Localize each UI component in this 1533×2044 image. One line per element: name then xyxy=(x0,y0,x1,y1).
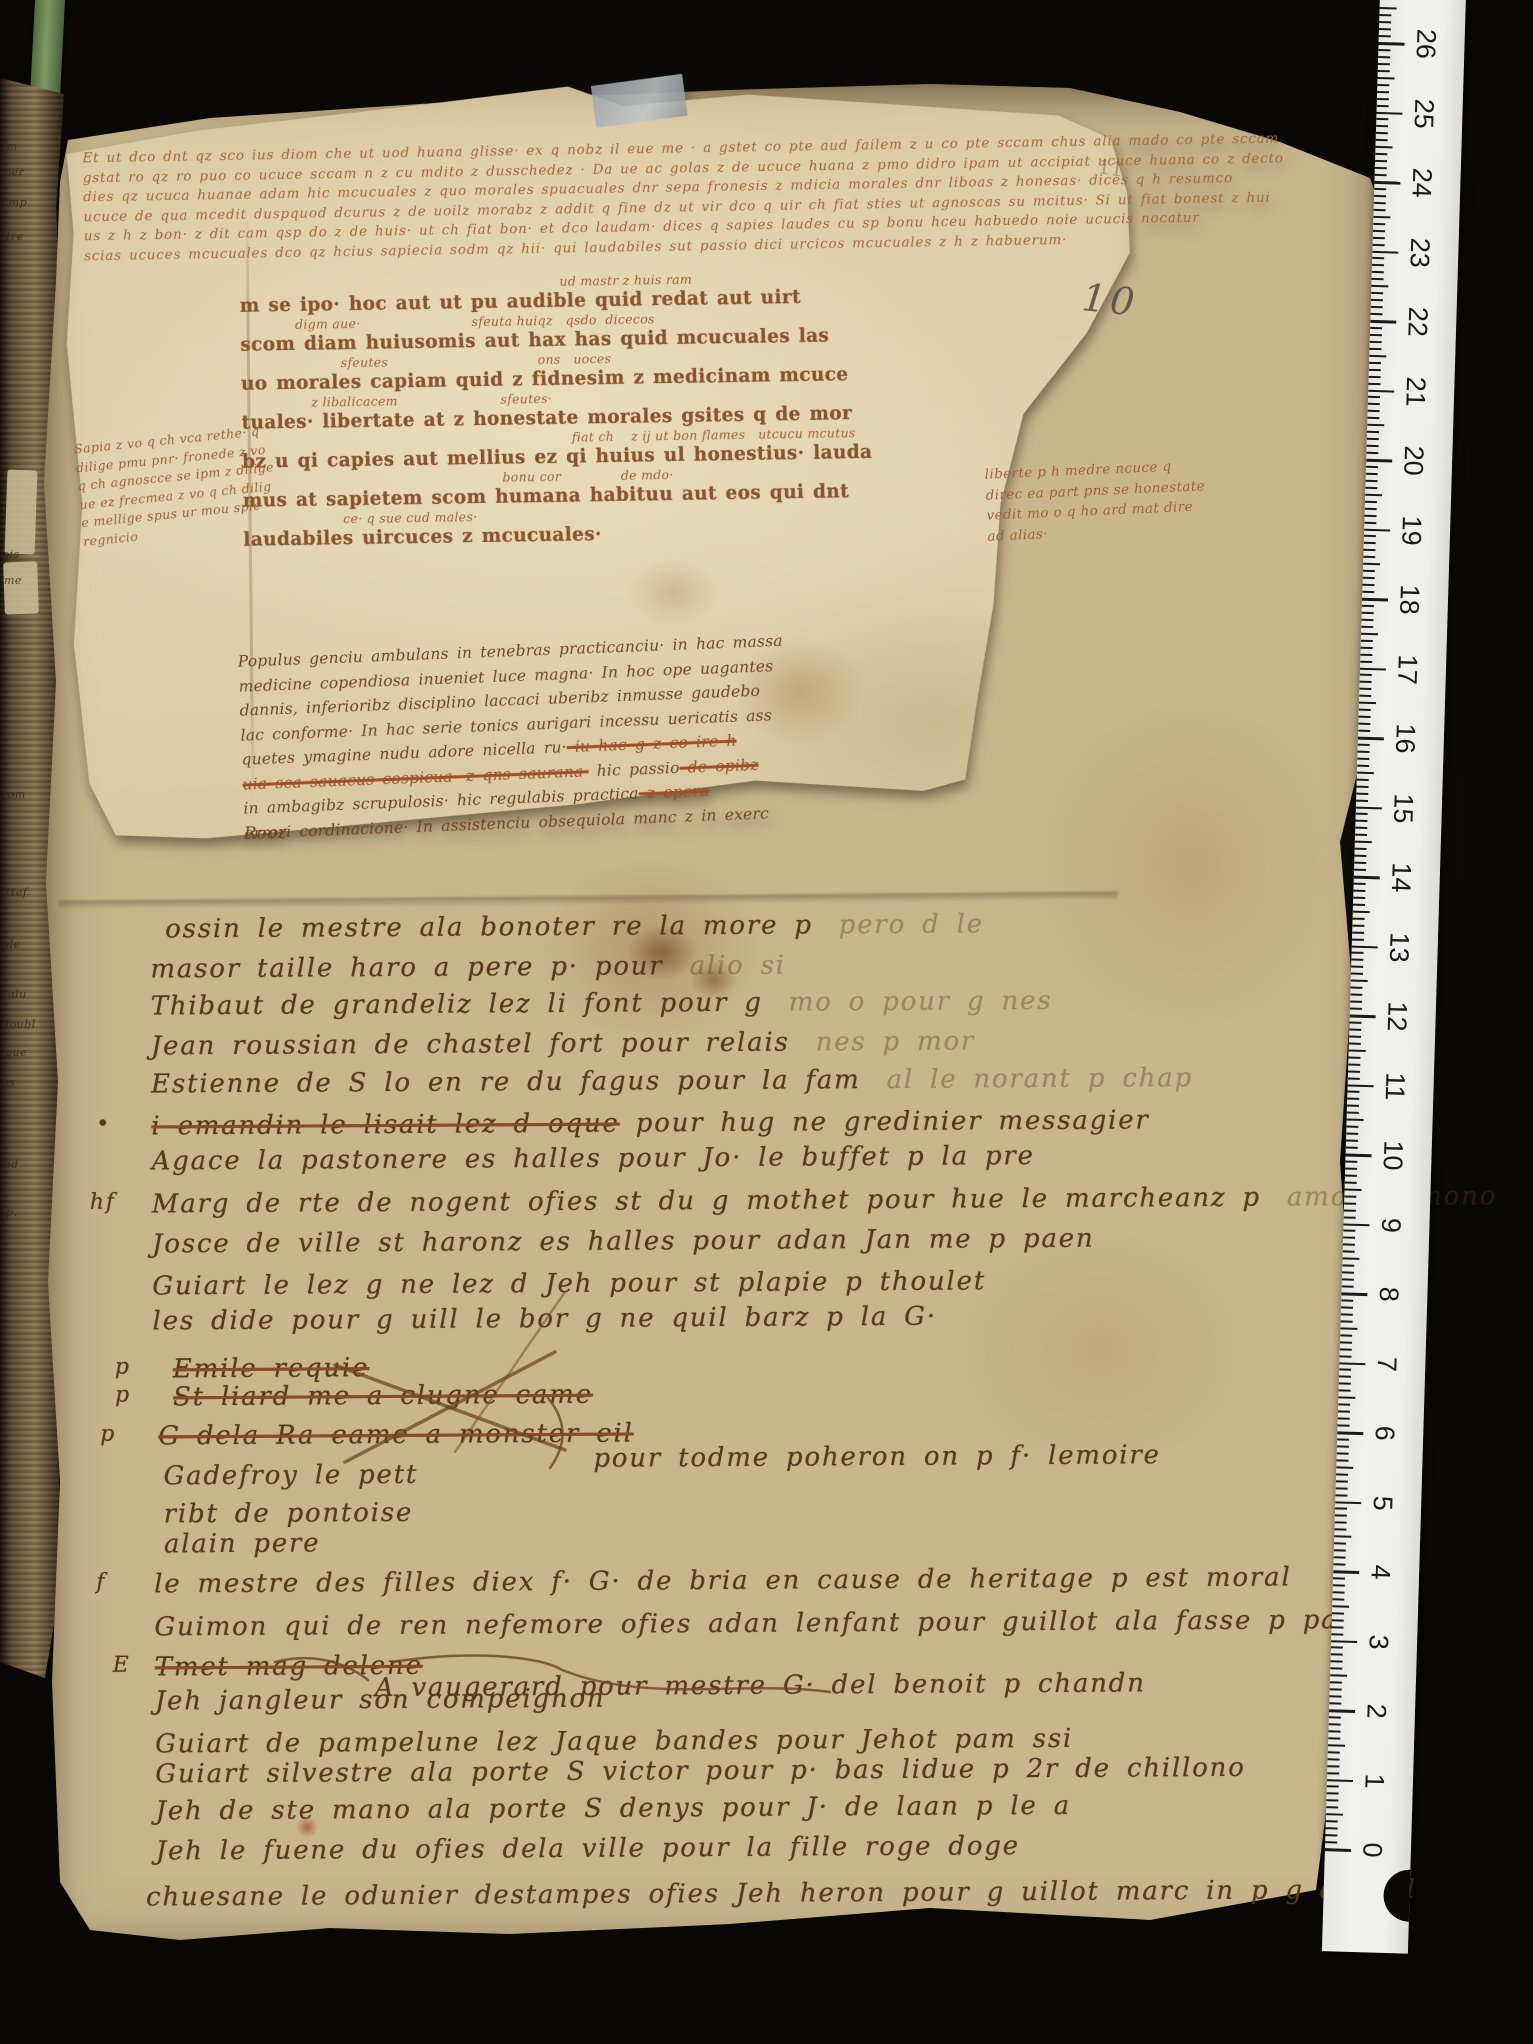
ruler-tick xyxy=(1361,632,1378,635)
ruler-tick xyxy=(1352,931,1364,933)
ruler-tick xyxy=(1340,1341,1352,1343)
ruler-tick xyxy=(1377,84,1389,86)
ruler-tick xyxy=(1332,1605,1349,1608)
ruler-tick xyxy=(1343,1251,1355,1253)
entry-line: hfMarg de rte de nogent ofies st du g mo… xyxy=(152,1181,1497,1219)
ruler-tick xyxy=(1337,1424,1349,1426)
ruler-tick xyxy=(1372,271,1384,273)
ruler-tick xyxy=(1358,723,1370,725)
ruler-number: 26 xyxy=(1410,26,1442,61)
ruler-tick xyxy=(1356,799,1368,801)
ruler-tick xyxy=(1348,1056,1360,1058)
ruler-tick xyxy=(1376,125,1388,127)
ruler-tick xyxy=(1350,987,1362,989)
ruler-number: 15 xyxy=(1387,791,1419,826)
ruler-tick xyxy=(1336,1487,1348,1489)
ruler-tick xyxy=(1330,1674,1347,1677)
ruler-tick xyxy=(1356,806,1382,809)
entry-line: •i emandin le lisait lez d oque pour hug… xyxy=(151,1105,1149,1141)
ruler-tick xyxy=(1356,785,1368,787)
ruler-tick xyxy=(1347,1119,1364,1122)
ruler-tick xyxy=(1341,1292,1367,1295)
ruler-tick xyxy=(1330,1688,1342,1690)
ruler-tick xyxy=(1346,1153,1372,1156)
entry-line: Thibaut de grandeliz lez li font pour gm… xyxy=(151,986,1053,1022)
ruler-number: 14 xyxy=(1385,860,1417,895)
ruler-tick xyxy=(1375,174,1387,176)
ruler-tick xyxy=(1353,896,1365,898)
ruler-tick xyxy=(1371,306,1383,308)
ruler-tick xyxy=(1376,118,1388,120)
margin-mark: hf xyxy=(90,1190,116,1215)
ruler-tick xyxy=(1375,153,1387,155)
entry-line: alain pere xyxy=(164,1528,321,1559)
ruler-tick xyxy=(1360,653,1372,655)
ruler-tick xyxy=(1369,375,1381,377)
ruler-tick xyxy=(1352,938,1364,940)
margin-mark: E xyxy=(113,1653,131,1678)
ruler-tick xyxy=(1336,1466,1353,1469)
ruler-tick xyxy=(1377,104,1389,106)
ruler-tick xyxy=(1366,452,1378,454)
ruler-tick xyxy=(1334,1556,1346,1558)
ruler-tick xyxy=(1357,757,1369,759)
ruler-tick xyxy=(1346,1133,1358,1135)
ruler-tick xyxy=(1360,681,1372,683)
ruler-tick xyxy=(1349,1049,1366,1052)
ruler-tick xyxy=(1347,1112,1359,1114)
ruler-tick xyxy=(1325,1834,1337,1836)
ruler-tick xyxy=(1363,549,1375,551)
ruler-tick xyxy=(1341,1313,1353,1315)
ruler-tick xyxy=(1368,389,1394,392)
ruler-tick xyxy=(1340,1334,1352,1336)
ruler-tick xyxy=(1377,98,1389,100)
ruler-number: 21 xyxy=(1399,374,1431,409)
ruler-tick xyxy=(1368,410,1380,412)
ruler-tick xyxy=(1343,1230,1355,1232)
entry-line: Gadefroy le pett xyxy=(163,1460,418,1492)
ruler-tick xyxy=(1337,1452,1349,1454)
entry-line: Guimon qui de ren nefemore ofies adan le… xyxy=(154,1605,1384,1643)
ruler-tick xyxy=(1363,577,1375,579)
ruler-tick xyxy=(1332,1598,1344,1600)
ruler-tick xyxy=(1331,1626,1343,1628)
margin-mark: p xyxy=(115,1383,131,1408)
ruler-tick xyxy=(1345,1181,1357,1183)
ruler-tick xyxy=(1345,1174,1357,1176)
ruler-tick xyxy=(1327,1793,1339,1795)
entry-line: Jeh le fuene du ofies dela ville pour la… xyxy=(156,1831,1020,1866)
faded-text: alio si xyxy=(689,951,785,982)
ruler-tick xyxy=(1339,1383,1351,1385)
ruler-tick xyxy=(1335,1522,1347,1524)
ruler-tick xyxy=(1335,1508,1347,1510)
ruler-tick xyxy=(1333,1584,1345,1586)
ruler-tick xyxy=(1351,952,1363,954)
ruler-tick xyxy=(1353,910,1370,913)
ruler-tick xyxy=(1354,862,1366,864)
ruler-tick xyxy=(1375,167,1387,169)
ruler-tick xyxy=(1368,382,1380,384)
ruler-tick xyxy=(1375,160,1387,162)
ruler-number: 10 xyxy=(1377,1138,1409,1173)
ruler-tick xyxy=(1345,1167,1357,1169)
ruler-tick xyxy=(1342,1258,1359,1261)
ruler-tick xyxy=(1361,626,1373,628)
ruler-tick xyxy=(1343,1244,1355,1246)
ruler-tick xyxy=(1334,1536,1351,1539)
ruler-tick xyxy=(1355,841,1372,844)
ruler-tick xyxy=(1370,334,1382,336)
ruler-tick xyxy=(1345,1160,1357,1162)
ruler-tick xyxy=(1379,28,1391,30)
margin-mark: p xyxy=(115,1355,131,1380)
ruler-number: 9 xyxy=(1374,1207,1406,1242)
ruler-tick xyxy=(1358,744,1370,746)
ruler-tick xyxy=(1373,223,1385,225)
ruler-tick xyxy=(1327,1765,1339,1767)
ruler-tick xyxy=(1355,827,1367,829)
ruler-tick xyxy=(1372,257,1384,259)
ruler-tick xyxy=(1370,313,1382,315)
ruler-tick xyxy=(1370,320,1396,323)
ruler-number: 12 xyxy=(1381,999,1413,1034)
ruler-tick xyxy=(1375,146,1392,149)
ruler-tick xyxy=(1350,1008,1362,1010)
ruler-tick xyxy=(1378,70,1390,72)
ruler-tick xyxy=(1336,1473,1348,1475)
ruler-tick xyxy=(1351,959,1363,961)
ruler-tick xyxy=(1354,869,1366,871)
ruler-tick xyxy=(1374,202,1386,204)
ruler-number: 18 xyxy=(1393,582,1425,617)
ruler-tick xyxy=(1326,1800,1338,1802)
entry-line: fle mestre des filles diex f· G· de bria… xyxy=(154,1562,1292,1599)
ruler-tick xyxy=(1351,966,1363,968)
faded-text: mo o pour g nes xyxy=(789,986,1053,1018)
ruler-tick xyxy=(1378,56,1390,58)
ruler-tick xyxy=(1335,1494,1347,1496)
ruler-tick xyxy=(1361,639,1373,641)
ruler-tick xyxy=(1354,855,1366,857)
ruler-tick xyxy=(1365,487,1377,489)
ruler-tick xyxy=(1334,1529,1346,1531)
ruler-tick xyxy=(1327,1779,1353,1782)
ruler-tick xyxy=(1379,21,1391,23)
ruler-tick xyxy=(1331,1647,1343,1649)
ruler-tick xyxy=(1373,236,1385,238)
entry-line: Guiart le lez g ne lez d Jeh pour st pla… xyxy=(152,1266,986,1301)
entry-line: Estienne de S lo en re du fagus pour la … xyxy=(151,1063,1193,1099)
ruler-tick xyxy=(1376,111,1402,114)
ruler-tick xyxy=(1342,1265,1354,1267)
ruler-tick xyxy=(1368,396,1380,398)
ruler-tick xyxy=(1326,1813,1343,1816)
ruler-tick xyxy=(1344,1209,1356,1211)
faded-text: pero d le xyxy=(839,909,984,940)
ruler-tick xyxy=(1357,764,1369,766)
entry-line: Josce de ville st haronz es halles pour … xyxy=(152,1224,1095,1260)
ruler-tick xyxy=(1340,1355,1352,1357)
ruler-number: 22 xyxy=(1401,304,1433,339)
ruler-tick xyxy=(1351,980,1368,983)
ruler-tick xyxy=(1360,674,1372,676)
ruler-tick xyxy=(1347,1091,1359,1093)
entry-line: masor taille haro a pere p· pouralio si xyxy=(150,951,786,985)
ruler-tick xyxy=(1340,1348,1352,1350)
ruler-tick xyxy=(1351,973,1363,975)
ruler-tick xyxy=(1329,1723,1341,1725)
ruler-tick xyxy=(1355,820,1367,822)
ruler-number: 7 xyxy=(1370,1346,1402,1381)
ruler-tick xyxy=(1327,1786,1339,1788)
ruler-number: 24 xyxy=(1405,165,1437,200)
ruler-number: 1 xyxy=(1358,1763,1390,1798)
ruler-tick xyxy=(1338,1404,1350,1406)
ruler-tick xyxy=(1349,1028,1361,1030)
ruler-tick xyxy=(1348,1070,1360,1072)
ruler-tick xyxy=(1353,889,1365,891)
faded-text: al le norant p chap xyxy=(886,1063,1193,1095)
ruler-tick xyxy=(1347,1105,1359,1107)
ruler-tick xyxy=(1378,63,1390,65)
ruler-tick xyxy=(1364,528,1390,531)
ruler-number: 6 xyxy=(1368,1416,1400,1451)
ruler-tick xyxy=(1343,1223,1369,1226)
ruler-tick xyxy=(1359,716,1371,718)
ruler-tick xyxy=(1353,917,1365,919)
ruler-tick xyxy=(1367,445,1379,447)
ruler-tick xyxy=(1339,1369,1351,1371)
ruler-tick xyxy=(1353,903,1365,905)
ruler-number: 11 xyxy=(1379,1068,1411,1103)
ruler-tick xyxy=(1360,660,1372,662)
ruler-tick xyxy=(1333,1591,1345,1593)
entry-line: Jeh jangleur son compeignon xyxy=(155,1684,606,1717)
ruler-tick xyxy=(1331,1654,1343,1656)
entry-line: pG dela Ra eame a monster eil xyxy=(158,1419,634,1452)
ruler-tick xyxy=(1328,1730,1340,1732)
margin-mark: f xyxy=(96,1570,106,1595)
entry-continuation: pour todme poheron on p f· lemoire xyxy=(593,1440,1161,1473)
ruler-tick xyxy=(1377,77,1394,80)
ruler-number: 5 xyxy=(1366,1485,1398,1520)
ruler-tick xyxy=(1325,1841,1337,1843)
ruler-tick xyxy=(1379,14,1391,16)
ruler-tick xyxy=(1373,243,1385,245)
ruler-tick xyxy=(1338,1397,1355,1400)
ruler-tick xyxy=(1357,751,1369,753)
ruler-tick xyxy=(1366,473,1378,475)
ruler-tick xyxy=(1339,1390,1351,1392)
ruler-tick xyxy=(1328,1758,1340,1760)
ruler-tick xyxy=(1337,1431,1363,1434)
ruler-tick xyxy=(1330,1661,1342,1663)
ruler-tick xyxy=(1344,1202,1356,1204)
ruler-tick xyxy=(1357,778,1369,780)
ruler-tick xyxy=(1349,1021,1361,1023)
ruler-tick xyxy=(1362,584,1374,586)
ruler-number: 25 xyxy=(1407,96,1439,131)
ruler-tick xyxy=(1373,230,1385,232)
ruler-tick xyxy=(1341,1306,1353,1308)
ruler-tick xyxy=(1363,556,1375,558)
ruler-tick xyxy=(1374,181,1400,184)
ruler-tick xyxy=(1329,1695,1341,1697)
ruler-tick xyxy=(1380,7,1397,10)
ruler-tick xyxy=(1331,1633,1343,1635)
ruler-tick xyxy=(1344,1216,1356,1218)
ruler-tick xyxy=(1355,834,1367,836)
ruler-tick xyxy=(1367,438,1379,440)
ruler-tick xyxy=(1337,1438,1349,1440)
ruler-tick xyxy=(1335,1515,1347,1517)
ruler-tick xyxy=(1363,563,1380,566)
ruler-tick xyxy=(1378,49,1390,51)
ruler-tick xyxy=(1341,1320,1353,1322)
ruler-tick xyxy=(1341,1299,1353,1301)
ruler-number: 17 xyxy=(1391,652,1423,687)
ruler-tick xyxy=(1369,348,1381,350)
ruler-tick xyxy=(1376,139,1388,141)
ruler-tick xyxy=(1348,1077,1360,1079)
ruler-tick xyxy=(1373,216,1390,219)
ruler-tick xyxy=(1371,285,1388,288)
ruler-number: 0 xyxy=(1356,1833,1388,1868)
ruler-tick xyxy=(1350,994,1362,996)
ruler-tick xyxy=(1339,1376,1351,1378)
ruler-tick xyxy=(1356,792,1368,794)
ruler-tick xyxy=(1361,646,1373,648)
ruler-tick xyxy=(1369,355,1386,358)
entry-line: pSt liard me a clugne came xyxy=(173,1380,593,1413)
ruler-tick xyxy=(1359,688,1371,690)
ruler-tick xyxy=(1365,507,1377,509)
struck-text: Emile requie xyxy=(173,1353,370,1384)
ruler-tick xyxy=(1362,591,1374,593)
ruler-tick xyxy=(1371,278,1383,280)
ruler-tick xyxy=(1328,1737,1340,1739)
entries-list: ossin le mestre ala bonoter re la more p… xyxy=(0,0,1533,2044)
ruler-tick xyxy=(1369,362,1381,364)
ruler-tick xyxy=(1361,619,1373,621)
ruler-tick xyxy=(1347,1098,1359,1100)
entry-line: Agace la pastonere es halles pour Jo· le… xyxy=(152,1141,1035,1176)
ruler-tick xyxy=(1334,1549,1346,1551)
ruler-tick xyxy=(1366,466,1378,468)
ruler-tick xyxy=(1367,431,1379,433)
ruler-tick xyxy=(1369,368,1381,370)
ruler-tick xyxy=(1371,292,1383,294)
ruler-tick xyxy=(1332,1612,1344,1614)
ruler-tick xyxy=(1334,1542,1346,1544)
ruler-tick xyxy=(1350,1001,1362,1003)
faded-text: nes p mor xyxy=(816,1026,976,1057)
ruler-tick xyxy=(1332,1619,1344,1621)
entry-line: les dide pour g uill le bor g ne quil ba… xyxy=(152,1302,936,1337)
ruler-tick xyxy=(1349,1035,1361,1037)
ruler-tick xyxy=(1346,1126,1358,1128)
ruler-tick xyxy=(1368,403,1380,405)
ruler-tick xyxy=(1358,730,1370,732)
ruler-tick xyxy=(1342,1272,1354,1274)
ruler-tick xyxy=(1333,1570,1359,1573)
ruler-tick xyxy=(1355,848,1367,850)
ruler-number: 23 xyxy=(1403,235,1435,270)
ruler-tick xyxy=(1359,702,1376,705)
ruler-number: 19 xyxy=(1395,513,1427,548)
margin-mark: • xyxy=(96,1112,111,1137)
ruler-tick xyxy=(1352,924,1364,926)
ruler-tick xyxy=(1354,883,1366,885)
entry-line: ribt de pontoise xyxy=(164,1498,414,1530)
ruler-tick xyxy=(1356,813,1368,815)
ruler-number: 13 xyxy=(1383,930,1415,965)
ruler-tick xyxy=(1366,459,1392,462)
ruler-tick xyxy=(1326,1806,1338,1808)
ruler-tick xyxy=(1352,945,1378,948)
ruler-tick xyxy=(1335,1501,1361,1504)
ruler-tick xyxy=(1342,1285,1354,1287)
ruler-tick xyxy=(1349,1042,1361,1044)
ruler-tick xyxy=(1362,598,1388,601)
ruler-tick xyxy=(1379,35,1391,37)
ruler-tick xyxy=(1367,417,1379,419)
ruler-tick xyxy=(1328,1751,1340,1753)
ruler-tick xyxy=(1328,1744,1345,1747)
ruler-tick xyxy=(1364,514,1376,516)
ruler-tick xyxy=(1348,1063,1360,1065)
ruler-tick xyxy=(1350,1015,1376,1018)
struck-text: i emandin le lisait lez d oque xyxy=(151,1109,619,1142)
ruler-tick xyxy=(1370,341,1382,343)
ruler-tick xyxy=(1377,91,1389,93)
ruler-tick xyxy=(1372,250,1398,253)
ruler-tick xyxy=(1330,1668,1342,1670)
ruler-tick xyxy=(1364,521,1376,523)
ruler-tick xyxy=(1348,1084,1374,1087)
ruler-tick xyxy=(1360,667,1386,670)
ruler-number: 8 xyxy=(1372,1277,1404,1312)
ruler-tick xyxy=(1362,612,1374,614)
ruler-tick xyxy=(1354,876,1380,879)
ruler-tick xyxy=(1336,1480,1348,1482)
ruler-tick xyxy=(1372,264,1384,266)
ruler-tick xyxy=(1363,570,1375,572)
ruler-tick xyxy=(1364,542,1376,544)
ruler-tick xyxy=(1333,1577,1345,1579)
ruler-tick xyxy=(1337,1445,1349,1447)
ruler-number: 20 xyxy=(1397,443,1429,478)
ruler-tick xyxy=(1343,1237,1355,1239)
ruler-number: 2 xyxy=(1360,1694,1392,1729)
entry-line: pEmile requie xyxy=(173,1353,370,1384)
ruler-tick xyxy=(1340,1327,1357,1330)
ruler-tick xyxy=(1339,1362,1365,1365)
entry-line: Jeh de ste mano ala porte S denys pour J… xyxy=(155,1791,1071,1827)
ruler-tick xyxy=(1346,1140,1358,1142)
ruler-tick xyxy=(1376,132,1388,134)
ruler-tick xyxy=(1364,535,1376,537)
ruler-tick xyxy=(1374,188,1386,190)
entry-line: ossin le mestre ala bonoter re la more p… xyxy=(165,909,984,944)
struck-text: St liard me a clugne came xyxy=(173,1380,593,1413)
manuscript-photo: fmpercmptrepismeromttefblealudoublqueoso… xyxy=(0,0,1533,2044)
ruler-number: 16 xyxy=(1389,721,1421,756)
ruler-tick xyxy=(1365,500,1377,502)
ruler-tick xyxy=(1374,195,1386,197)
